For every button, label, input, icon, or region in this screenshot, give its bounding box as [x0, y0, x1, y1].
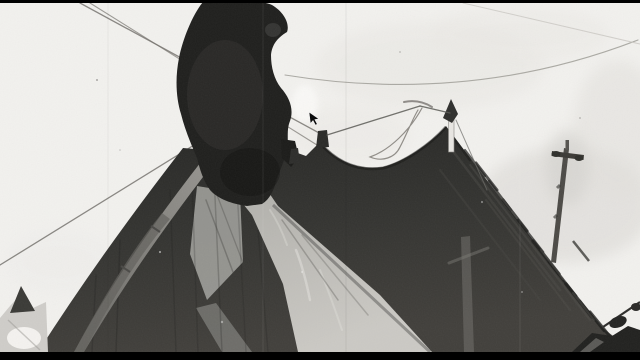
letterbox-bottom — [0, 352, 640, 360]
film-still — [0, 0, 640, 360]
letterbox-top — [0, 0, 640, 3]
film-grain-overlay — [0, 3, 640, 352]
photo-area — [0, 1, 640, 352]
video-frame[interactable] — [0, 0, 640, 360]
